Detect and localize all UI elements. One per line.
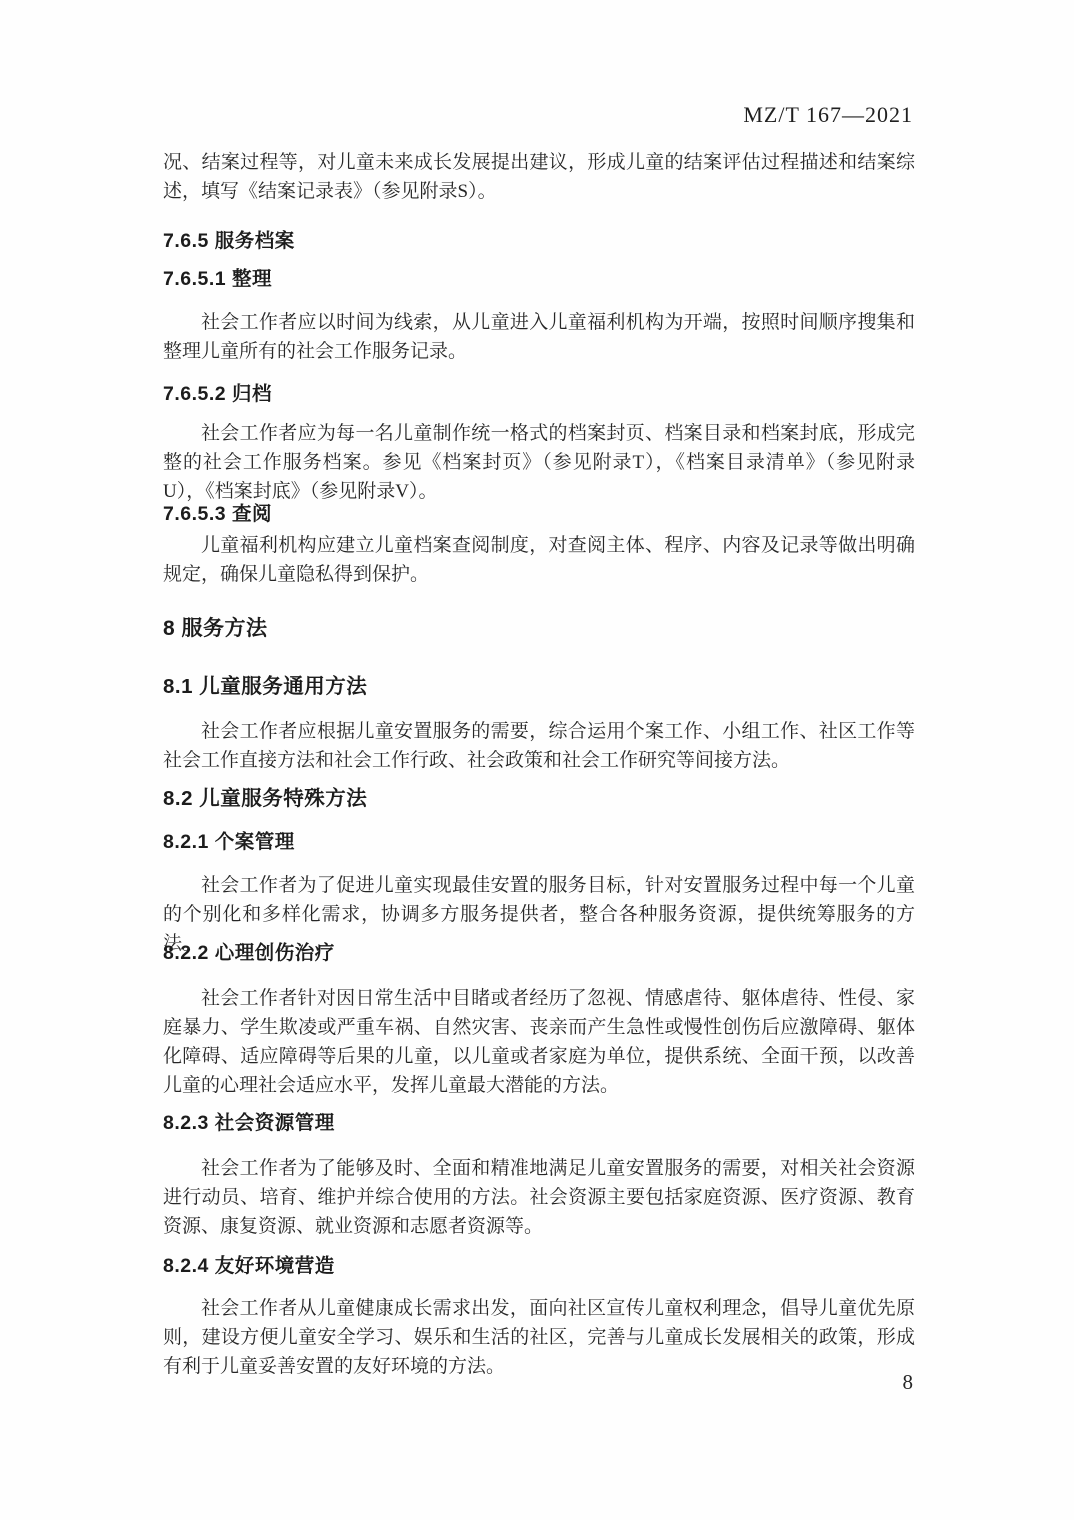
body-paragraph: 社会工作者为了能够及时、全面和精准地满足儿童安置服务的需要，对相关社会资源进行动…	[163, 1154, 915, 1241]
body-paragraph: 社会工作者应以时间为线索，从儿童进入儿童福利机构为开端，按照时间顺序搜集和整理儿…	[163, 308, 915, 366]
heading-7-6-5-service-archives: 7.6.5 服务档案	[163, 229, 915, 253]
page-number: 8	[163, 1370, 913, 1395]
heading-8-2-4-friendly-environment: 8.2.4 友好环境营造	[163, 1254, 915, 1278]
heading-8-2-1-case-management: 8.2.1 个案管理	[163, 830, 915, 854]
heading-8-2-2-trauma-therapy: 8.2.2 心理创伤治疗	[163, 941, 915, 965]
heading-8-2-special-methods: 8.2 儿童服务特殊方法	[163, 787, 915, 811]
body-paragraph-continuation: 况、结案过程等，对儿童未来成长发展提出建议，形成儿童的结案评估过程描述和结案综述…	[163, 148, 915, 206]
heading-7-6-5-1-organize: 7.6.5.1 整理	[163, 267, 915, 291]
body-paragraph: 儿童福利机构应建立儿童档案查阅制度，对查阅主体、程序、内容及记录等做出明确规定，…	[163, 531, 915, 589]
body-paragraph: 社会工作者应为每一名儿童制作统一格式的档案封页、档案目录和档案封底，形成完整的社…	[163, 419, 915, 506]
body-paragraph: 社会工作者从儿童健康成长需求出发，面向社区宣传儿童权利理念，倡导儿童优先原则，建…	[163, 1294, 915, 1381]
heading-8-service-methods: 8 服务方法	[163, 617, 915, 641]
heading-7-6-5-2-filing: 7.6.5.2 归档	[163, 382, 915, 406]
document-page: MZ/T 167—2021 况、结案过程等，对儿童未来成长发展提出建议，形成儿童…	[0, 0, 1074, 1520]
heading-7-6-5-3-review: 7.6.5.3 查阅	[163, 502, 915, 526]
body-paragraph: 社会工作者应根据儿童安置服务的需要，综合运用个案工作、小组工作、社区工作等社会工…	[163, 717, 915, 775]
body-paragraph: 社会工作者针对因日常生活中目睹或者经历了忽视、情感虐待、躯体虐待、性侵、家庭暴力…	[163, 984, 915, 1100]
standard-number: MZ/T 167—2021	[163, 102, 913, 128]
heading-8-2-3-social-resource-management: 8.2.3 社会资源管理	[163, 1111, 915, 1135]
heading-8-1-general-methods: 8.1 儿童服务通用方法	[163, 675, 915, 699]
